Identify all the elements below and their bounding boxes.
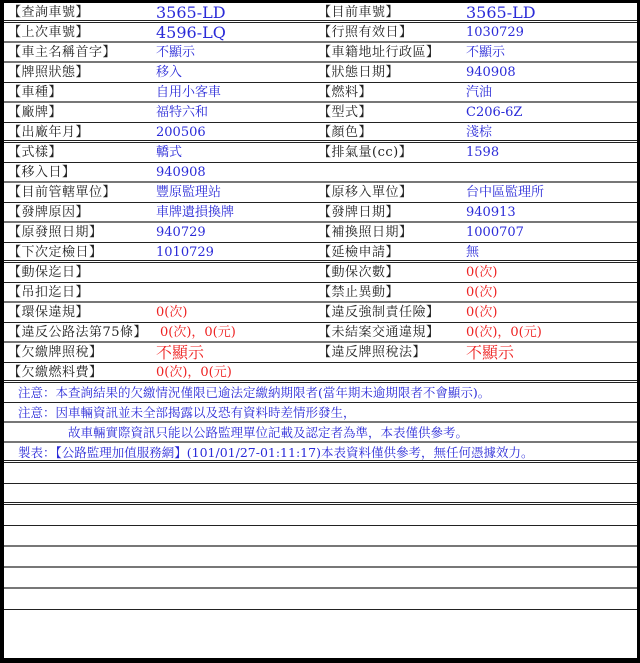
label-status-date: 【狀態日期】 (318, 63, 399, 83)
row-license-dates: 【原發照日期】 940729 【補換照日期】 1000707 (4, 223, 637, 243)
note-row-1: 注意：本查詢結果的欠繳情況僅限已逾法定繳納期限者(當年期未逾期限者不會顯示)。 (4, 383, 637, 403)
label-owner-initial: 【車主名稱首字】 (8, 43, 116, 63)
label-current-plate: 【目前車號】 (318, 3, 399, 23)
value-model: C206-6Z (466, 103, 522, 123)
label-displacement: 【排氣量(cc)】 (318, 143, 412, 163)
label-current-office: 【目前管轄單位】 (8, 183, 116, 203)
label-replacement-date: 【補換照日期】 (318, 223, 413, 243)
label-move-in-date: 【移入日】 (8, 163, 76, 183)
value-move-in-date: 940908 (156, 163, 206, 183)
label-plate-status: 【牌照狀態】 (8, 63, 89, 83)
value-highway-law-75: 0(次)，0(元) (160, 323, 236, 343)
row-owner: 【車主名稱首字】 不顯示 【車籍地址行政區】 不顯示 (4, 43, 637, 63)
note-disclosure-warning: 注意：因車輛資訊並未全部揭露以及恐有資料時差情形發生， (18, 403, 356, 423)
value-original-office: 台中區監理所 (466, 183, 544, 203)
value-original-license-date: 940729 (156, 223, 206, 243)
empty-row (4, 568, 637, 589)
row-previous-plate: 【上次車號】 4596-LQ 【行照有效日】 1030729 (4, 23, 637, 43)
row-plate-query: 【查詢車號】 3565-LD 【目前車號】 3565-LD (4, 3, 637, 23)
label-color: 【顏色】 (318, 123, 372, 143)
row-jurisdiction: 【目前管轄單位】 豐原監理站 【原移入單位】 台中區監理所 (4, 183, 637, 203)
row-plate-issue: 【發牌原因】 車牌遺損換牌 【發牌日期】 940913 (4, 203, 637, 223)
row-suspension: 【吊扣迄日】 【禁止異動】 0(次) (4, 283, 637, 303)
label-registration-district: 【車籍地址行政區】 (318, 43, 440, 63)
row-highway-law: 【違反公路法第75條】 0(次)，0(元) 【未結案交通違規】 0(次)，0(元… (4, 323, 637, 343)
label-next-inspection: 【下次定檢日】 (8, 243, 103, 263)
value-insurance-violation: 0(次) (466, 303, 497, 323)
label-issue-reason: 【發牌原因】 (8, 203, 89, 223)
empty-row (4, 547, 637, 568)
row-chattel-mortgage: 【動保迄日】 【動保次數】 0(次) (4, 263, 637, 283)
row-environmental: 【環保違規】 0(次) 【違反強制責任險】 0(次) (4, 303, 637, 323)
value-issue-reason: 車牌遺損換牌 (156, 203, 234, 223)
empty-row (4, 505, 637, 526)
row-plate-status: 【牌照狀態】 移入 【狀態日期】 940908 (4, 63, 637, 83)
value-mortgage-count: 0(次) (466, 263, 497, 283)
note-row-4: 製表：【公路監理加值服務網】(101/01/27-01:11:17)本表資料僅供… (4, 443, 637, 463)
value-manufacture-date: 200506 (156, 123, 206, 143)
empty-row (4, 484, 637, 505)
label-highway-law-75: 【違反公路法第75條】 (8, 323, 147, 343)
label-original-office: 【原移入單位】 (318, 183, 413, 203)
value-plate-status: 移入 (156, 63, 182, 83)
value-color: 淺棕 (466, 123, 492, 143)
row-body-style: 【式樣】 轎式 【排氣量(cc)】 1598 (4, 143, 637, 163)
label-model: 【型式】 (318, 103, 372, 123)
value-environmental-violation: 0(次) (156, 303, 187, 323)
value-unpaid-fuel-fee: 0(次)，0(元) (156, 363, 232, 383)
note-generated-by: 製表：【公路監理加值服務網】(101/01/27-01:11:17)本表資料僅供… (18, 443, 533, 463)
note-row-3: 故車輛實際資訊只能以公路監理單位記載及認定者為準，本表僅供參考。 (4, 423, 637, 443)
label-manufacture-date: 【出廠年月】 (8, 123, 89, 143)
label-brand: 【廠牌】 (8, 103, 62, 123)
value-license-tax-violation: 不顯示 (466, 343, 514, 363)
label-insurance-violation: 【違反強制責任險】 (318, 303, 440, 323)
value-replacement-date: 1000707 (466, 223, 524, 243)
label-unpaid-fuel-fee: 【欠繳燃料費】 (8, 363, 103, 383)
value-open-traffic-violations: 0(次)，0(元) (466, 323, 542, 343)
value-current-office: 豐原監理站 (156, 183, 221, 203)
value-fuel: 汽油 (466, 83, 492, 103)
label-vehicle-type: 【車種】 (8, 83, 62, 103)
label-unpaid-license-tax: 【欠繳牌照稅】 (8, 343, 103, 363)
value-body-style: 轎式 (156, 143, 182, 163)
row-license-tax: 【欠繳牌照稅】 不顯示 【違反牌照稅法】 不顯示 (4, 343, 637, 363)
value-previous-plate: 4596-LQ (156, 23, 226, 43)
value-extension-request: 無 (466, 243, 479, 263)
value-next-inspection: 1010729 (156, 243, 214, 263)
value-registration-district: 不顯示 (466, 43, 505, 63)
note-arrears-scope: 注意：本查詢結果的欠繳情況僅限已逾法定繳納期限者(當年期未逾期限者不會顯示)。 (18, 383, 490, 403)
label-environmental-violation: 【環保違規】 (8, 303, 89, 323)
label-open-traffic-violations: 【未結案交通違規】 (318, 323, 440, 343)
row-inspection: 【下次定檢日】 1010729 【延檢申請】 無 (4, 243, 637, 263)
label-transfer-ban: 【禁止異動】 (318, 283, 399, 303)
value-brand: 福特六和 (156, 103, 208, 123)
label-issue-date: 【發牌日期】 (318, 203, 399, 223)
label-license-expiry: 【行照有效日】 (318, 23, 413, 43)
label-mortgage-until: 【動保迄日】 (8, 263, 89, 283)
label-previous-plate: 【上次車號】 (8, 23, 89, 43)
value-current-plate: 3565-LD (466, 3, 536, 23)
row-move-in: 【移入日】 940908 (4, 163, 637, 183)
value-license-expiry: 1030729 (466, 23, 524, 43)
value-owner-initial: 不顯示 (156, 43, 195, 63)
value-issue-date: 940913 (466, 203, 516, 223)
label-license-tax-violation: 【違反牌照稅法】 (318, 343, 426, 363)
value-vehicle-type: 自用小客車 (156, 83, 221, 103)
empty-row (4, 526, 637, 547)
value-unpaid-license-tax: 不顯示 (156, 343, 204, 363)
label-extension-request: 【延檢申請】 (318, 243, 399, 263)
empty-row (4, 610, 637, 631)
empty-row (4, 463, 637, 484)
value-status-date: 940908 (466, 63, 516, 83)
row-fuel-fee: 【欠繳燃料費】 0(次)，0(元) (4, 363, 637, 383)
row-manufacture: 【出廠年月】 200506 【顏色】 淺棕 (4, 123, 637, 143)
row-brand: 【廠牌】 福特六和 【型式】 C206-6Z (4, 103, 637, 123)
label-fuel: 【燃料】 (318, 83, 372, 103)
label-body-style: 【式樣】 (8, 143, 62, 163)
label-mortgage-count: 【動保次數】 (318, 263, 399, 283)
label-query-plate: 【查詢車號】 (8, 3, 89, 23)
label-original-license-date: 【原發照日期】 (8, 223, 103, 243)
value-displacement: 1598 (466, 143, 499, 163)
row-vehicle-type: 【車種】 自用小客車 【燃料】 汽油 (4, 83, 637, 103)
value-query-plate: 3565-LD (156, 3, 226, 23)
empty-row (4, 589, 637, 610)
note-row-2: 注意：因車輛資訊並未全部揭露以及恐有資料時差情形發生， (4, 403, 637, 423)
note-reference-only: 故車輛實際資訊只能以公路監理單位記載及認定者為準，本表僅供參考。 (68, 423, 468, 443)
value-transfer-ban: 0(次) (466, 283, 497, 303)
label-suspension-until: 【吊扣迄日】 (8, 283, 89, 303)
vehicle-info-sheet: 【查詢車號】 3565-LD 【目前車號】 3565-LD 【上次車號】 459… (4, 3, 637, 658)
